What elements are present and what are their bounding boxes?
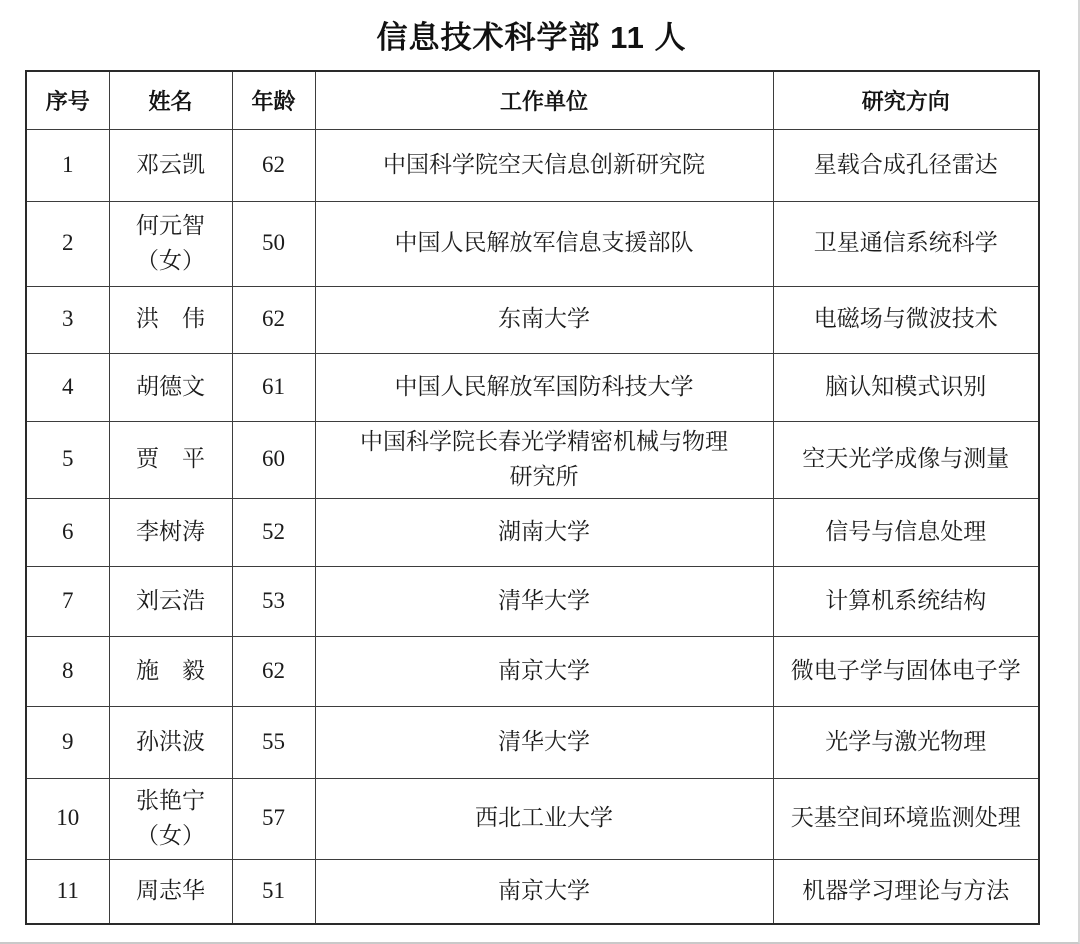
table-row: 10张艳宁 （女）57西北工业大学天基空间环境监测处理 [26,778,1039,859]
column-header-unit: 工作单位 [315,71,773,129]
cell-name: 施 毅 [109,636,232,706]
cell-unit: 东南大学 [315,286,773,353]
cell-age: 55 [232,706,315,778]
table-row: 2何元智 （女）50中国人民解放军信息支援部队卫星通信系统科学 [26,201,1039,286]
column-header-field: 研究方向 [773,71,1039,129]
cell-index: 9 [26,706,109,778]
cell-age: 60 [232,421,315,498]
table-header-row: 序号姓名年龄工作单位研究方向 [26,71,1039,129]
cell-unit: 中国科学院长春光学精密机械与物理 研究所 [315,421,773,498]
cell-name: 洪 伟 [109,286,232,353]
cell-name: 张艳宁 （女） [109,778,232,859]
roster-table: 序号姓名年龄工作单位研究方向 1邓云凯62中国科学院空天信息创新研究院星载合成孔… [25,70,1040,925]
cell-name: 孙洪波 [109,706,232,778]
cell-age: 62 [232,129,315,201]
cell-field: 电磁场与微波技术 [773,286,1039,353]
table-row: 4胡德文61中国人民解放军国防科技大学脑认知模式识别 [26,353,1039,421]
cell-index: 3 [26,286,109,353]
cell-index: 4 [26,353,109,421]
cell-field: 天基空间环境监测处理 [773,778,1039,859]
cell-field: 机器学习理论与方法 [773,859,1039,924]
cell-index: 8 [26,636,109,706]
cell-field: 光学与激光物理 [773,706,1039,778]
cell-index: 1 [26,129,109,201]
column-header-age: 年龄 [232,71,315,129]
cell-unit: 南京大学 [315,859,773,924]
cell-field: 计算机系统结构 [773,566,1039,636]
cell-age: 52 [232,498,315,566]
table-row: 1邓云凯62中国科学院空天信息创新研究院星载合成孔径雷达 [26,129,1039,201]
cell-age: 51 [232,859,315,924]
cell-index: 7 [26,566,109,636]
cell-index: 5 [26,421,109,498]
table-row: 3洪 伟62东南大学电磁场与微波技术 [26,286,1039,353]
document-page: 信息技术科学部 11 人 序号姓名年龄工作单位研究方向 1邓云凯62中国科学院空… [0,0,1080,944]
cell-age: 62 [232,636,315,706]
cell-name: 何元智 （女） [109,201,232,286]
cell-field: 空天光学成像与测量 [773,421,1039,498]
table-row: 5贾 平60中国科学院长春光学精密机械与物理 研究所空天光学成像与测量 [26,421,1039,498]
page-title: 信息技术科学部 11 人 [25,12,1038,57]
cell-field: 卫星通信系统科学 [773,201,1039,286]
cell-field: 脑认知模式识别 [773,353,1039,421]
cell-unit: 中国人民解放军国防科技大学 [315,353,773,421]
cell-field: 星载合成孔径雷达 [773,129,1039,201]
table-row: 7刘云浩53清华大学计算机系统结构 [26,566,1039,636]
cell-name: 贾 平 [109,421,232,498]
cell-age: 62 [232,286,315,353]
cell-unit: 清华大学 [315,706,773,778]
cell-unit: 中国人民解放军信息支援部队 [315,201,773,286]
column-header-index: 序号 [26,71,109,129]
cell-index: 2 [26,201,109,286]
cell-age: 61 [232,353,315,421]
cell-age: 53 [232,566,315,636]
table-row: 8施 毅62南京大学微电子学与固体电子学 [26,636,1039,706]
cell-unit: 湖南大学 [315,498,773,566]
cell-unit: 清华大学 [315,566,773,636]
cell-unit: 南京大学 [315,636,773,706]
cell-field: 信号与信息处理 [773,498,1039,566]
cell-unit: 西北工业大学 [315,778,773,859]
cell-name: 邓云凯 [109,129,232,201]
cell-age: 57 [232,778,315,859]
column-header-name: 姓名 [109,71,232,129]
cell-name: 胡德文 [109,353,232,421]
cell-age: 50 [232,201,315,286]
cell-unit: 中国科学院空天信息创新研究院 [315,129,773,201]
table-row: 6李树涛52湖南大学信号与信息处理 [26,498,1039,566]
cell-field: 微电子学与固体电子学 [773,636,1039,706]
cell-name: 周志华 [109,859,232,924]
table-row: 9孙洪波55清华大学光学与激光物理 [26,706,1039,778]
table-row: 11周志华51南京大学机器学习理论与方法 [26,859,1039,924]
cell-index: 6 [26,498,109,566]
cell-index: 10 [26,778,109,859]
cell-name: 李树涛 [109,498,232,566]
cell-index: 11 [26,859,109,924]
cell-name: 刘云浩 [109,566,232,636]
